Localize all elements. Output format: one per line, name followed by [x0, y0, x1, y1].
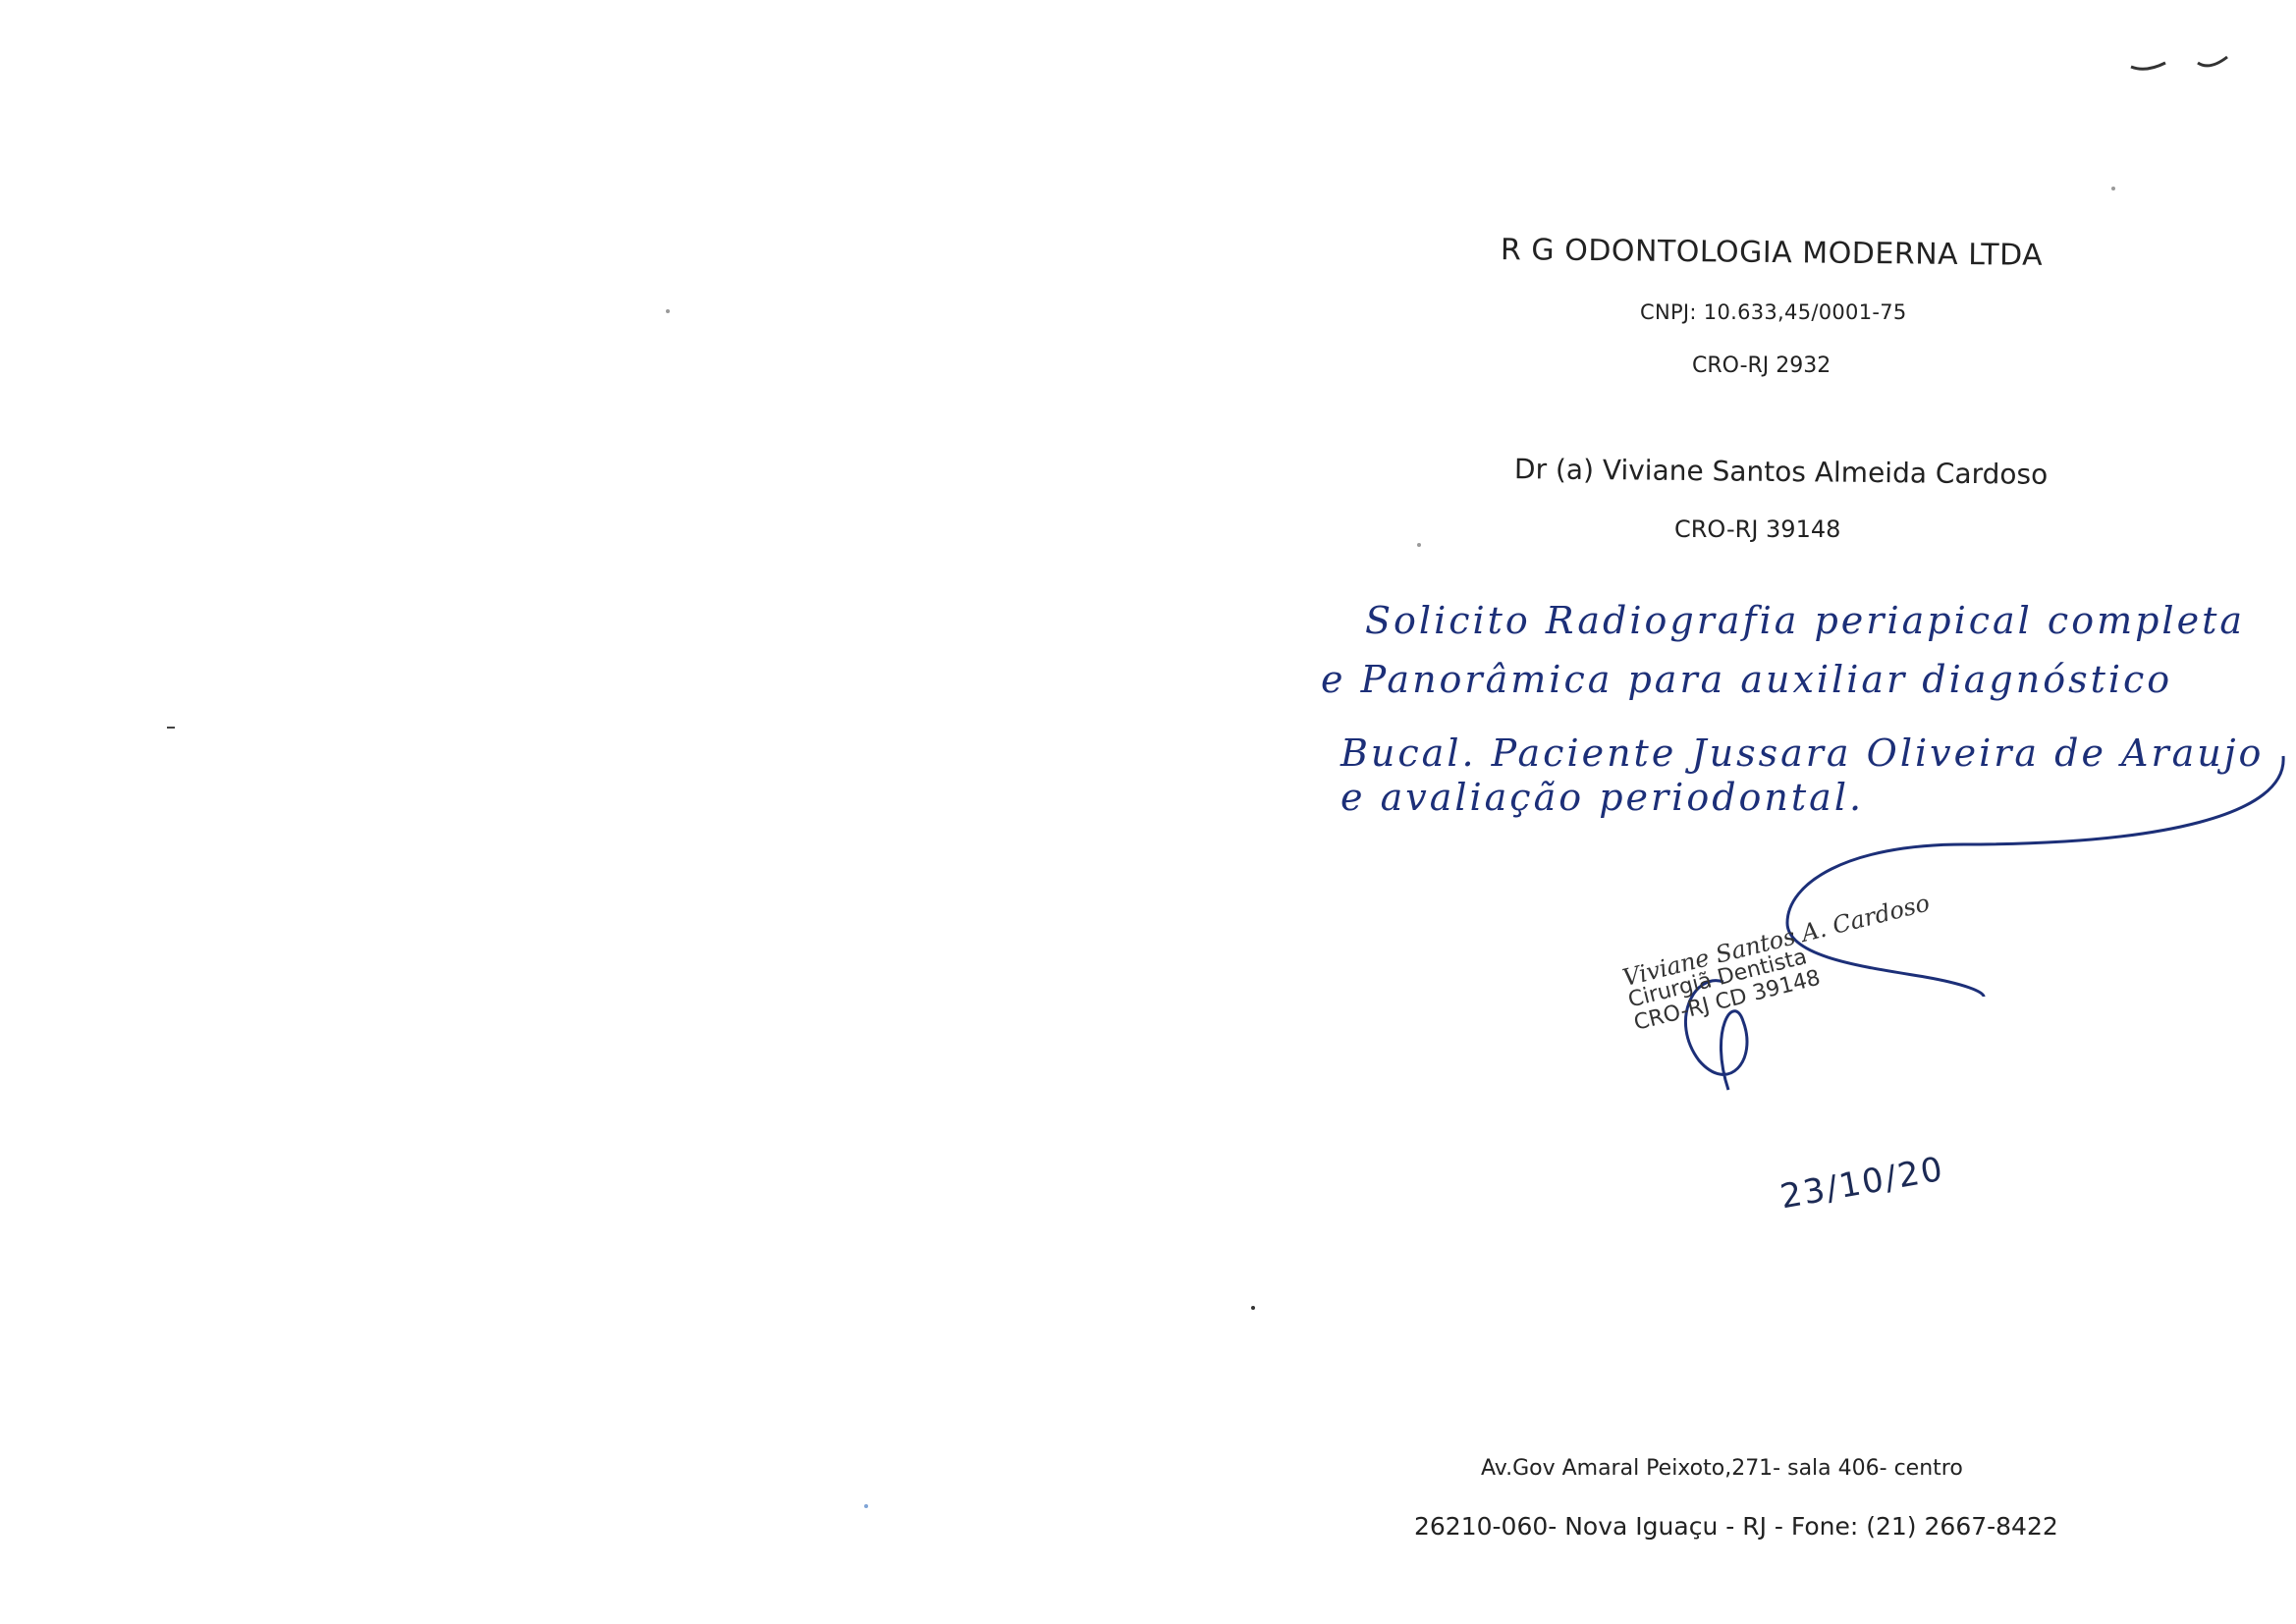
handwritten-line-2: e Panorâmica para auxiliar diagnóstico [1321, 658, 2172, 701]
handwritten-date: 23/10/20 [1777, 1150, 1947, 1218]
scan-speck [1251, 1306, 1255, 1310]
address-line-1: Av.Gov Amaral Peixoto,271- sala 406- cen… [1481, 1456, 1963, 1481]
handwritten-line-3: Bucal. Paciente Jussara Oliveira de Arau… [1340, 731, 2264, 775]
handwritten-line-1: Solicito Radiografia periapical completa [1365, 599, 2245, 642]
address-line-2: 26210-060- Nova Iguaçu - RJ - Fone: (21)… [1414, 1512, 2058, 1541]
doctor-cro: CRO-RJ 39148 [1674, 515, 1840, 543]
scan-speck [167, 727, 175, 729]
scan-speck [2111, 187, 2115, 190]
company-cnpj: CNPJ: 10.633,45/0001-75 [1640, 300, 1907, 324]
scan-speck [1417, 543, 1421, 547]
company-name: R G ODONTOLOGIA MODERNA LTDA [1501, 233, 2044, 273]
handwritten-line-4: e avaliação periodontal. [1340, 776, 1864, 819]
doctor-name: Dr (a) Viviane Santos Almeida Cardoso [1514, 453, 2049, 491]
doctor-stamp: Viviane Santos A. Cardoso Cirurgiã Denti… [1620, 891, 1943, 1036]
company-cro: CRO-RJ 2932 [1692, 353, 1831, 378]
scan-speck [864, 1504, 868, 1508]
scan-speck [666, 309, 670, 313]
